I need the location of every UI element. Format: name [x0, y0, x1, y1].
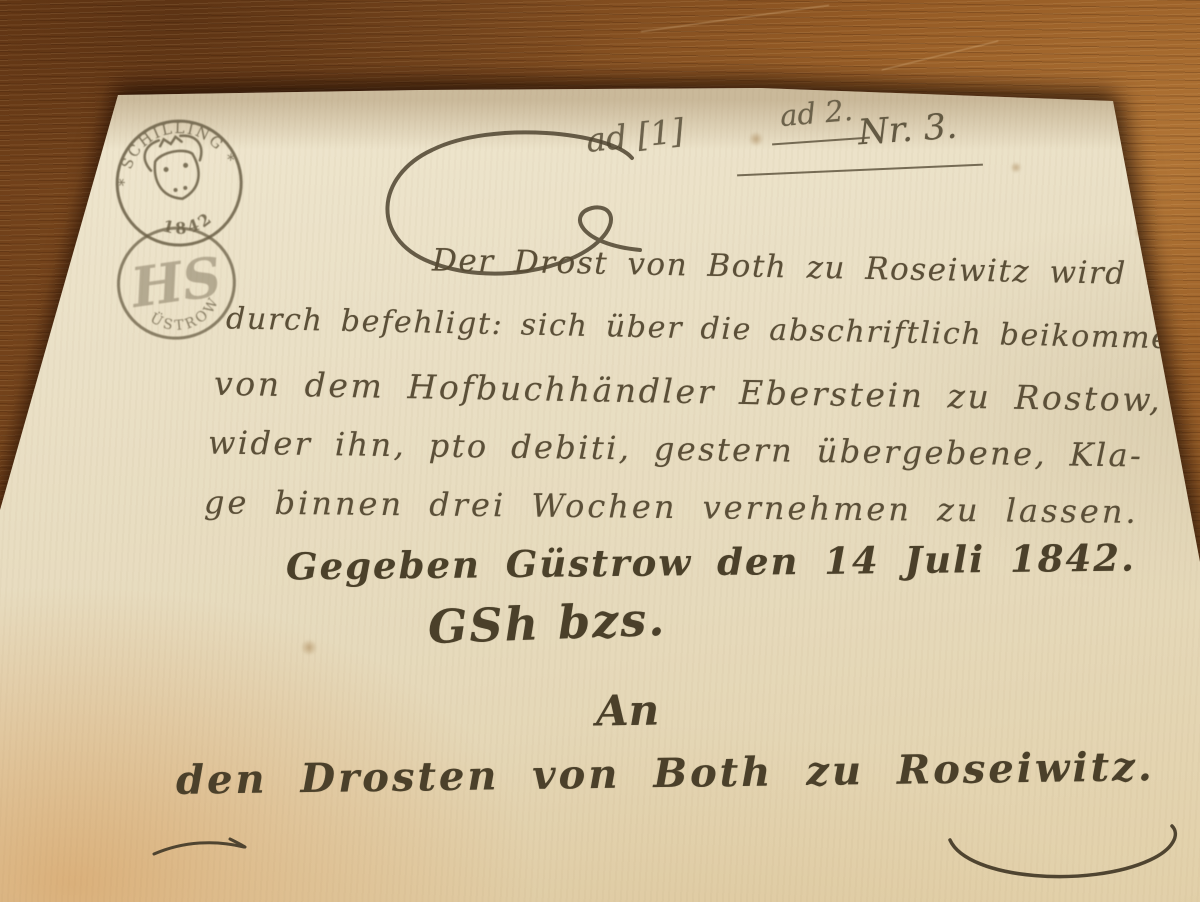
stamp-circular-text: * SCHILLING *: [104, 107, 240, 190]
signature-paraph: GSh bzs.: [427, 592, 667, 654]
address-salutation: An: [596, 685, 660, 735]
paper-shadow-wrap: * SCHILLING * 1842: [0, 0, 1200, 902]
svg-text:* SCHILLING *: * SCHILLING *: [104, 107, 240, 190]
photo-stage: * SCHILLING * 1842: [0, 0, 1200, 902]
foxing-spot: [300, 640, 318, 655]
address-underline-flourish: [938, 818, 1193, 896]
underline-stroke: [772, 137, 870, 146]
guestrow-stamp: HS GÜSTROW: [91, 206, 264, 368]
foxing-spot: [748, 132, 764, 146]
address-dash-stroke: [150, 834, 260, 864]
annotation-ad-right: ad 2.: [779, 93, 854, 133]
date-line: Gegeben Güstrow den 14 Juli 1842.: [286, 536, 1136, 589]
body-line: durch befehligt: sich über die abschrift…: [226, 301, 1200, 357]
body-line: von dem Hofbuchhändler Eberstein zu Rost…: [214, 364, 1163, 420]
foxing-spot: [1010, 162, 1022, 173]
body-line: wider ihn, pto debiti, gestern übergeben…: [208, 423, 1144, 474]
foxing-spot: [1134, 226, 1147, 238]
body-line: ge binnen drei Wochen vernehmen zu lasse…: [204, 483, 1139, 531]
document-paper: * SCHILLING * 1842: [0, 0, 1200, 902]
address-line: den Drosten von Both zu Roseiwitz.: [176, 743, 1155, 804]
annotation-nr: Nr. 3.: [857, 107, 959, 154]
ox-head-icon: [142, 132, 211, 205]
underline-stroke: [737, 164, 983, 177]
